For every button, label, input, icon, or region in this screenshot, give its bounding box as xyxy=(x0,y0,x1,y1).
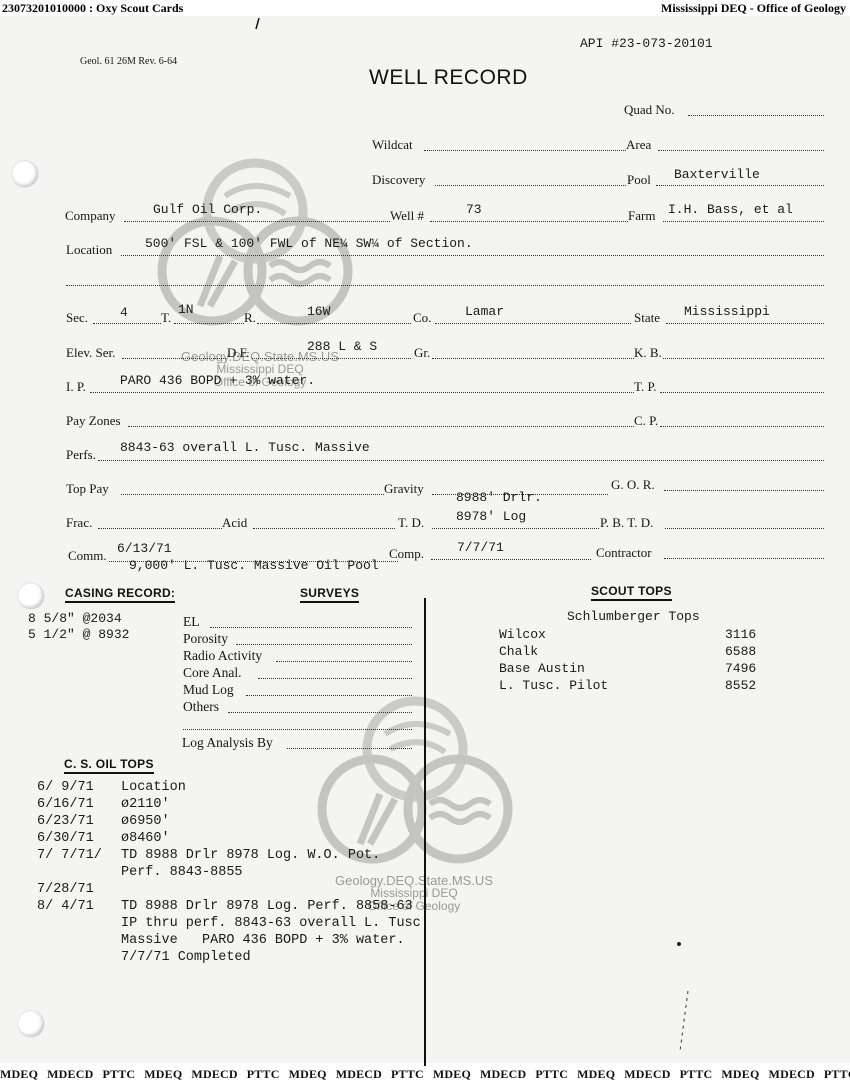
formation-depth: 7496 xyxy=(725,660,756,677)
comp-field[interactable] xyxy=(431,559,591,560)
survey-others-label: Others xyxy=(183,699,219,715)
kb-field[interactable] xyxy=(663,358,824,359)
formation-name: L. Tusc. Pilot xyxy=(499,678,608,693)
survey-porosity-field[interactable] xyxy=(236,644,412,645)
scout-top-row: Base Austin 7496 xyxy=(499,660,769,677)
form-code: Geol. 61 26M Rev. 6-64 xyxy=(80,56,177,67)
contractor-label: Contractor xyxy=(596,545,652,561)
formation-depth: 3116 xyxy=(725,626,756,643)
footer-item: MDEQ xyxy=(289,1067,327,1081)
quad-no-label: Quad No. xyxy=(624,102,675,118)
oil-top-note: Massive PARO 436 BOPD + 3% water. xyxy=(121,932,405,949)
footer-item: MDECD xyxy=(191,1067,237,1081)
oil-top-date: 8/ 4/71 xyxy=(37,899,94,914)
oil-top-note: 7/7/71 Completed xyxy=(121,949,251,966)
footer-agency-strip: MDEQMDECDPTTCMDEQMDECDPTTCMDEQMDECDPTTCM… xyxy=(0,1066,850,1083)
punch-hole-icon xyxy=(12,161,38,187)
pool-field[interactable] xyxy=(656,185,824,186)
gr-field[interactable] xyxy=(432,358,634,359)
survey-radio-activity-field[interactable] xyxy=(276,661,412,662)
footer-item: MDECD xyxy=(624,1067,670,1081)
elev-ser-label: Elev. Ser. xyxy=(66,345,115,361)
survey-others-field[interactable] xyxy=(228,712,412,713)
comm-value: 6/13/71 xyxy=(117,541,172,556)
footer-item: MDECD xyxy=(47,1067,93,1081)
county-label: Co. xyxy=(413,310,431,326)
top-pay-label: Top Pay xyxy=(66,481,109,497)
cp-field[interactable] xyxy=(660,426,824,427)
td-field[interactable] xyxy=(432,528,599,529)
acid-field[interactable] xyxy=(253,528,395,529)
td-drlr-value: 8988' Drlr. xyxy=(456,490,542,505)
pbtd-label: P. B. T. D. xyxy=(600,515,653,531)
oil-top-note: Location xyxy=(121,779,186,796)
tp-label: T. P. xyxy=(634,379,657,395)
oil-top-row: Perf. 8843-8855 xyxy=(37,864,102,881)
frac-field[interactable] xyxy=(98,528,222,529)
footer-item: PTTC xyxy=(824,1067,850,1081)
document-id-header: 23073201010000 : Oxy Scout Cards xyxy=(2,0,183,16)
oil-top-note: ø2110' xyxy=(121,796,170,813)
footer-item: PTTC xyxy=(391,1067,424,1081)
oil-top-date: 6/ 9/71 xyxy=(37,780,94,795)
footer-item: MDEQ xyxy=(721,1067,759,1081)
township-label: T. xyxy=(161,310,171,326)
punch-hole-icon xyxy=(18,583,44,609)
formation-name: Base Austin xyxy=(499,661,585,676)
range-value: 16W xyxy=(307,304,330,319)
survey-blank-field[interactable] xyxy=(183,729,412,730)
top-pay-field[interactable] xyxy=(121,494,384,495)
comp-value: 7/7/71 xyxy=(457,540,504,555)
page-title: WELL RECORD xyxy=(369,66,528,90)
kb-label: K. B. xyxy=(634,345,662,361)
company-value: Gulf Oil Corp. xyxy=(153,202,262,217)
sec-label: Sec. xyxy=(66,310,88,326)
survey-radio-activity-label: Radio Activity xyxy=(183,648,262,664)
pay-zones-label: Pay Zones xyxy=(66,413,121,429)
oil-top-note: ø8460' xyxy=(121,830,170,847)
formation-depth: 6588 xyxy=(725,643,756,660)
schlumberger-tops-subheading: Schlumberger Tops xyxy=(567,609,700,624)
surveys-heading: SURVEYS xyxy=(300,586,359,603)
footer-item: PTTC xyxy=(680,1067,713,1081)
frac-label: Frac. xyxy=(66,515,92,531)
location-value: 500' FSL & 100' FWL of NE¼ SW¼ of Sectio… xyxy=(145,236,473,251)
footer-item: MDECD xyxy=(769,1067,815,1081)
cs-oil-tops-list: 6/ 9/71Location 6/16/71ø2110' 6/23/71ø69… xyxy=(37,779,102,966)
perfs-value: 8843-63 overall L. Tusc. Massive xyxy=(120,440,370,455)
elev-ser-field[interactable] xyxy=(122,358,226,359)
td-label: T. D. xyxy=(398,515,424,531)
footer-item: MDEQ xyxy=(433,1067,471,1081)
df-label: D.F. xyxy=(227,345,249,361)
casing-entry: 5 1/2" @ 8932 xyxy=(28,627,129,643)
scout-tops-table: Wilcox 3116 Chalk 6588 Base Austin 7496 … xyxy=(499,626,769,694)
formation-depth: 8552 xyxy=(725,677,756,694)
company-label: Company xyxy=(65,208,116,224)
sec-value: 4 xyxy=(120,305,128,320)
cs-oil-tops-heading: C. S. OIL TOPS xyxy=(64,757,154,774)
casing-entry: 8 5/8" @2034 xyxy=(28,611,129,627)
oil-top-note: TD 8988 Drlr 8978 Log. W.O. Pot. xyxy=(121,847,380,864)
scout-top-row: Chalk 6588 xyxy=(499,643,769,660)
location-field[interactable] xyxy=(121,255,824,256)
footer-item: MDECD xyxy=(480,1067,526,1081)
acid-label: Acid xyxy=(222,515,247,531)
gor-field[interactable] xyxy=(664,490,824,491)
footer-item: MDEQ xyxy=(577,1067,615,1081)
comm-label: Comm. xyxy=(68,548,107,564)
survey-core-anal-field[interactable] xyxy=(258,678,412,679)
oil-top-row: 6/23/71ø6950' xyxy=(37,813,102,830)
comm-note: 9,000' L. Tusc. Massive Oil Pool xyxy=(129,558,379,573)
wildcat-label: Wildcat xyxy=(372,137,413,153)
range-label: R. xyxy=(244,310,256,326)
oil-top-date: 6/16/71 xyxy=(37,797,94,812)
oil-top-row: 8/ 4/71TD 8988 Drlr 8978 Log. Perf. 8858… xyxy=(37,898,102,915)
oil-top-date: 7/ 7/71/ xyxy=(37,848,102,863)
td-log-value: 8978' Log xyxy=(456,509,526,524)
discovery-label: Discovery xyxy=(372,172,425,188)
county-field[interactable] xyxy=(435,323,631,324)
state-label: State xyxy=(634,310,660,326)
well-no-value: 73 xyxy=(466,202,482,217)
state-field[interactable] xyxy=(666,323,824,324)
pen-mark-icon xyxy=(255,18,261,30)
casing-record-heading: CASING RECORD: xyxy=(65,586,175,603)
discovery-field[interactable] xyxy=(435,185,626,186)
tp-field[interactable] xyxy=(660,392,824,393)
wildcat-field[interactable] xyxy=(424,150,626,151)
pay-zones-field[interactable] xyxy=(128,426,634,427)
oil-top-note: ø6950' xyxy=(121,813,170,830)
oil-top-row: 6/16/71ø2110' xyxy=(37,796,102,813)
pool-label: Pool xyxy=(627,172,651,188)
df-value: 288 L & S xyxy=(307,339,377,354)
oil-top-row: 7/ 7/71/TD 8988 Drlr 8978 Log. W.O. Pot. xyxy=(37,847,102,864)
oil-top-row: 6/30/71ø8460' xyxy=(37,830,102,847)
township-field[interactable] xyxy=(174,323,244,324)
well-no-label: Well # xyxy=(390,208,424,224)
area-label: Area xyxy=(626,137,651,153)
formation-name: Chalk xyxy=(499,644,538,659)
footer-item: MDEQ xyxy=(144,1067,182,1081)
oil-top-date: 6/30/71 xyxy=(37,831,94,846)
log-analysis-by-field[interactable] xyxy=(287,748,412,749)
survey-core-anal-label: Core Anal. xyxy=(183,665,242,681)
survey-mud-log-field[interactable] xyxy=(246,695,412,696)
survey-mud-log-label: Mud Log xyxy=(183,682,234,698)
oil-top-date: 6/23/71 xyxy=(37,814,94,829)
punch-hole-icon xyxy=(18,1011,44,1037)
farm-label: Farm xyxy=(628,208,655,224)
ip-field[interactable] xyxy=(90,392,634,393)
area-field[interactable] xyxy=(658,150,824,151)
oil-top-row: Massive PARO 436 BOPD + 3% water. xyxy=(37,932,102,949)
ip-value: PARO 436 BOPD + 3% water. xyxy=(120,373,315,388)
footer-item: MDEQ xyxy=(0,1067,38,1081)
perfs-field[interactable] xyxy=(98,460,824,461)
oil-top-note: IP thru perf. 8843-63 overall L. Tusc. xyxy=(121,915,429,932)
pen-mark-icon xyxy=(670,936,700,1056)
oil-top-row: 6/ 9/71Location xyxy=(37,779,102,796)
scout-tops-heading: SCOUT TOPS xyxy=(591,584,672,601)
oil-top-row: IP thru perf. 8843-63 overall L. Tusc. xyxy=(37,915,102,932)
company-field[interactable] xyxy=(124,221,390,222)
survey-el-field[interactable] xyxy=(210,627,412,628)
location-label: Location xyxy=(66,242,112,258)
oil-top-row: 7/7/71 Completed xyxy=(37,949,102,966)
well-no-field[interactable] xyxy=(430,221,628,222)
county-value: Lamar xyxy=(465,304,504,319)
location-field-line-2[interactable] xyxy=(66,285,824,286)
pool-value: Baxterville xyxy=(674,167,760,182)
column-divider xyxy=(424,598,426,1080)
quad-no-field[interactable] xyxy=(688,115,824,116)
pbtd-field[interactable] xyxy=(665,528,824,529)
farm-value: I.H. Bass, et al xyxy=(668,202,793,217)
api-number: API #23-073-20101 xyxy=(580,36,713,51)
survey-el-label: EL xyxy=(183,614,200,630)
farm-field[interactable] xyxy=(663,221,824,222)
oil-top-note: TD 8988 Drlr 8978 Log. Perf. 8858-63 xyxy=(121,898,413,915)
gr-label: Gr. xyxy=(414,345,430,361)
township-value: 1N xyxy=(178,302,194,317)
casing-record-list: 8 5/8" @2034 5 1/2" @ 8932 xyxy=(28,611,129,643)
gor-label: G. O. R. xyxy=(611,477,655,493)
ip-label: I. P. xyxy=(66,379,86,395)
contractor-field[interactable] xyxy=(664,558,824,559)
log-analysis-by-label: Log Analysis By xyxy=(182,735,273,751)
oil-top-note: Perf. 8843-8855 xyxy=(121,864,243,881)
footer-item: MDECD xyxy=(336,1067,382,1081)
scout-top-row: L. Tusc. Pilot 8552 xyxy=(499,677,769,694)
agency-header: Mississippi DEQ - Office of Geology xyxy=(661,0,846,16)
comp-label: Comp. xyxy=(389,546,424,562)
well-record-card: Geology.DEQ.State.MS.US Mississippi DEQ … xyxy=(0,16,850,1063)
footer-item: PTTC xyxy=(247,1067,280,1081)
state-value: Mississippi xyxy=(684,304,770,319)
oil-top-date: 7/28/71 xyxy=(37,882,94,897)
formation-name: Wilcox xyxy=(499,627,546,642)
footer-item: PTTC xyxy=(535,1067,568,1081)
df-field[interactable] xyxy=(252,358,411,359)
cp-label: C. P. xyxy=(634,413,658,429)
footer-item: PTTC xyxy=(102,1067,135,1081)
range-field[interactable] xyxy=(257,323,411,324)
gravity-label: Gravity xyxy=(384,481,424,497)
perfs-label: Perfs. xyxy=(66,447,96,463)
survey-porosity-label: Porosity xyxy=(183,631,228,647)
oil-top-row: 7/28/71 xyxy=(37,881,102,898)
scout-top-row: Wilcox 3116 xyxy=(499,626,769,643)
sec-field[interactable] xyxy=(93,323,161,324)
